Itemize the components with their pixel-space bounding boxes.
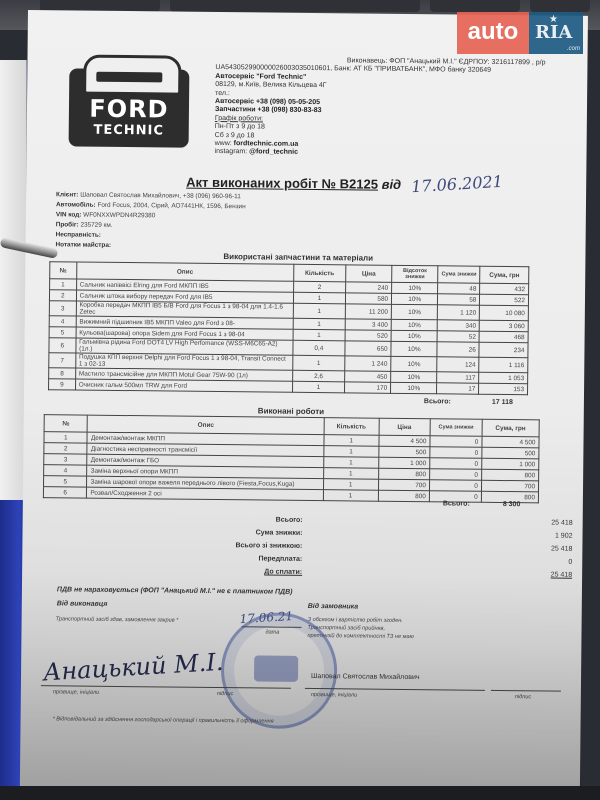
phone-parts: Запчастини +38 (098) 830-83-83 xyxy=(215,106,322,114)
table-cell: 11 200 xyxy=(345,304,391,319)
table-cell: 3 400 xyxy=(345,319,391,330)
table-cell: 10% xyxy=(391,341,437,356)
website: fordtechnic.com.ua xyxy=(234,140,299,148)
table-cell: 10% xyxy=(391,330,437,341)
vehicle-handed-text: Транспортний засіб здав, замовлення закр… xyxy=(56,615,179,624)
column-header: Сума, грн xyxy=(480,266,529,284)
table-cell: 1 xyxy=(293,318,345,330)
from-executor-heading: Від виконавця xyxy=(57,600,108,608)
table-cell: 700 xyxy=(378,479,429,491)
watermark-com-text: .com xyxy=(567,46,580,52)
table-cell: 4 xyxy=(44,465,88,476)
keyboard-key xyxy=(530,0,590,12)
table-cell: 2 xyxy=(44,443,88,454)
table-cell: 1 xyxy=(293,355,345,371)
works-total-label: Всього: xyxy=(443,500,470,507)
executor-name-caption: прізвище, ініціали xyxy=(53,688,99,696)
table-cell: 10% xyxy=(392,293,438,304)
notes-label: Нотатки майстра: xyxy=(56,241,112,249)
table-cell: 0 xyxy=(430,447,482,459)
table-cell: 700 xyxy=(481,480,538,492)
table-cell: 10% xyxy=(391,304,437,319)
vin-value: WF0NXXWPDN4R29380 xyxy=(83,212,155,220)
table-cell: 500 xyxy=(378,446,429,458)
executor-signature: Анацький М.І. xyxy=(42,648,224,687)
works-table: №ОписКількістьЦінаСума знижкиСума, грн 1… xyxy=(43,414,540,503)
table-cell: 450 xyxy=(345,371,391,382)
table-cell: 1 053 xyxy=(479,372,528,384)
table-cell: 7 xyxy=(49,353,76,368)
table-cell: 124 xyxy=(437,357,479,372)
table-cell: 468 xyxy=(479,331,528,343)
column-header: Кількість xyxy=(324,418,379,436)
table-cell: 1 240 xyxy=(345,356,391,371)
table-cell: 0 xyxy=(429,469,481,481)
client-value: Шаповал Святослав Михайлович, +38 (096) … xyxy=(80,192,241,201)
table-cell: 1 xyxy=(293,292,345,304)
table-cell: 1 120 xyxy=(438,305,480,320)
table-cell: 1 xyxy=(324,457,379,469)
summary-label: Всього зі знижкою: xyxy=(202,542,302,556)
table-cell: 800 xyxy=(481,469,538,481)
fault-label: Несправність: xyxy=(56,231,101,238)
table-cell: Очисник гальм 500мл TRW для Ford xyxy=(75,379,292,392)
column-header: Ціна xyxy=(346,265,392,282)
table-cell: 1 116 xyxy=(479,357,528,373)
service-name: Автосервіс "Ford Technic" xyxy=(215,73,306,81)
table-cell: 10% xyxy=(391,356,437,371)
parts-total-value: 17 118 xyxy=(492,399,513,406)
customer-name-caption: прізвище, ініціали xyxy=(311,691,357,699)
table-cell: 9 xyxy=(49,379,76,390)
summary-label: До сплати: xyxy=(202,568,302,582)
document-title: Акт виконаних робіт № B2125 від xyxy=(186,175,401,192)
table-cell: 580 xyxy=(345,293,391,304)
watermark-ria-block: ★ RIA .com xyxy=(529,12,583,54)
table-cell: 17 xyxy=(437,383,479,394)
column-header: Ціна xyxy=(379,418,431,436)
keyboard-key xyxy=(430,0,520,12)
table-cell: 58 xyxy=(438,294,480,305)
car-icon xyxy=(83,55,181,96)
table-cell: 1 xyxy=(323,468,378,480)
table-cell: 1 xyxy=(324,446,379,458)
table-cell: 10% xyxy=(391,319,437,330)
table-cell: 10% xyxy=(391,382,437,393)
table-cell: 117 xyxy=(437,372,479,383)
car-value: Ford Focus, 2004, Сірий, АО7441НК, 1596,… xyxy=(97,202,245,211)
ford-technic-logo: FORD TECHNIC xyxy=(69,68,190,147)
table-cell: 3 xyxy=(44,454,88,465)
table-cell: 522 xyxy=(480,294,529,306)
company-stamp xyxy=(220,612,337,729)
table-cell: Розвал/Сходження 2 осі xyxy=(87,487,323,500)
table-cell: 520 xyxy=(345,330,391,341)
summary-label: Всього: xyxy=(203,516,303,530)
from-customer-heading: Від замовника xyxy=(308,603,359,611)
table-cell: 240 xyxy=(345,282,391,293)
summary-row: До сплати:25 418 xyxy=(202,568,572,585)
executor-sign-caption: підпис xyxy=(217,690,233,698)
table-cell: 0 xyxy=(429,480,481,492)
table-cell: 1 xyxy=(293,303,345,319)
handwritten-date: 17.06.2021 xyxy=(411,172,504,196)
footnote: * Відповідальний за здійснення господарс… xyxy=(53,716,274,724)
mileage-value: 235729 км. xyxy=(80,222,112,229)
table-cell: 800 xyxy=(378,468,429,480)
table-cell: 5 xyxy=(44,476,88,487)
table-cell: 3 xyxy=(49,301,76,316)
mileage-label: Пробіг: xyxy=(56,221,79,228)
table-cell: 1 000 xyxy=(378,457,429,469)
summary-value: 25 418 xyxy=(513,519,573,533)
client-info: Клієнт: Шаповал Святослав Михайлович, +3… xyxy=(55,190,245,252)
website-label: www: xyxy=(215,140,232,147)
table-cell: 26 xyxy=(437,342,479,357)
desk-edge xyxy=(0,786,600,800)
table-cell: 6 xyxy=(49,338,76,353)
table-cell: 1 xyxy=(50,279,77,290)
column-header: № xyxy=(44,415,88,432)
customer-sign-caption: підпис xyxy=(515,693,531,701)
table-cell: 6 xyxy=(43,487,87,498)
instagram: @ford_technic xyxy=(249,149,298,157)
table-cell: 800 xyxy=(378,490,429,502)
autoria-watermark: auto ★ RIA .com xyxy=(457,12,583,54)
works-total-value: 8 300 xyxy=(503,501,521,508)
table-cell: 2 xyxy=(49,290,76,301)
vin-label: VIN код: xyxy=(56,211,82,218)
table-cell: 1 000 xyxy=(482,458,539,470)
table-cell: 5 xyxy=(49,327,76,338)
table-cell: 432 xyxy=(480,283,529,295)
column-header: Сума, грн xyxy=(482,419,539,437)
parts-table: №ОписКількістьЦінаВідсоток знижкиСума зн… xyxy=(48,261,529,395)
column-header: Відсоток знижки xyxy=(392,265,438,282)
act-number: B2125 xyxy=(340,176,378,191)
table-cell: 4 500 xyxy=(379,435,430,447)
table-cell: 0 xyxy=(430,458,482,470)
table-cell: 1 xyxy=(292,381,344,393)
car-label: Автомобіль: xyxy=(56,201,96,208)
summary-value: 0 xyxy=(512,558,572,572)
customer-sign-line xyxy=(491,690,561,692)
table-cell: 8 xyxy=(49,368,76,379)
vat-note: ПДВ не нараховується (ФОП "Анацький М.І.… xyxy=(57,586,293,595)
table-cell: 1 xyxy=(323,490,378,502)
table-cell: 0 xyxy=(430,436,482,448)
table-cell: 10% xyxy=(391,371,437,382)
watermark-auto-text: auto xyxy=(457,12,529,54)
watermark-ria-text: RIA xyxy=(535,22,572,43)
title-prefix: Акт виконаних робіт № xyxy=(186,175,340,192)
table-cell: 10% xyxy=(392,282,438,293)
table-cell: 0,4 xyxy=(293,340,345,356)
works-section-title: Виконані роботи xyxy=(258,406,324,416)
summary-label: Сума знижки: xyxy=(202,529,302,543)
table-cell: 52 xyxy=(437,331,479,342)
table-cell: 153 xyxy=(479,383,528,395)
keyboard-key xyxy=(170,0,420,12)
logo-text-technic: TECHNIC xyxy=(69,122,189,138)
table-cell: 2 xyxy=(293,281,345,293)
table-cell: 1 xyxy=(293,329,345,341)
title-suffix: від xyxy=(378,177,401,192)
table-cell: 10 080 xyxy=(480,305,529,321)
company-header: Виконавець: ФОП "Анацький М.І." ЄДРПОУ: … xyxy=(214,56,545,160)
summary-value: 25 418 xyxy=(512,545,572,559)
logo-text-ford: FORD xyxy=(69,94,189,123)
summary-block: Всього:25 418Сума знижки:1 902Всього зі … xyxy=(202,516,573,585)
column-header: Сума знижки xyxy=(438,266,480,283)
table-cell: 2,6 xyxy=(292,370,344,382)
table-cell: 170 xyxy=(344,382,390,393)
summary-value: 1 902 xyxy=(512,532,572,546)
parts-section-title: Використані запчастини та матеріали xyxy=(223,252,373,263)
instagram-label: instagram: xyxy=(214,148,247,155)
table-cell: 500 xyxy=(482,447,539,459)
table-cell: 1 xyxy=(324,435,379,447)
column-header: Кількість xyxy=(294,264,346,282)
table-cell: 3 060 xyxy=(479,320,528,332)
table-cell: 4 500 xyxy=(482,436,539,448)
table-cell: 650 xyxy=(345,341,391,356)
summary-value: 25 418 xyxy=(512,571,572,585)
summary-label: Передплата: xyxy=(202,555,302,569)
column-header: № xyxy=(50,262,77,279)
table-cell: 48 xyxy=(438,283,480,294)
table-cell: 4 xyxy=(49,316,76,327)
column-header: Сума знижки xyxy=(430,419,482,437)
phone-service: Автосервіс +38 (098) 05-05-205 xyxy=(215,98,320,106)
customer-name: Шаповал Святослав Михайлович xyxy=(311,673,420,681)
client-label: Клієнт: xyxy=(56,191,78,198)
table-cell: 1 xyxy=(323,479,378,491)
table-cell: 1 xyxy=(44,432,88,443)
table-cell: 340 xyxy=(437,320,479,331)
document-page: FORD TECHNIC Виконавець: ФОП "Анацький М… xyxy=(20,10,588,800)
table-cell: 234 xyxy=(479,342,528,358)
parts-total-label: Всього: xyxy=(424,398,451,405)
